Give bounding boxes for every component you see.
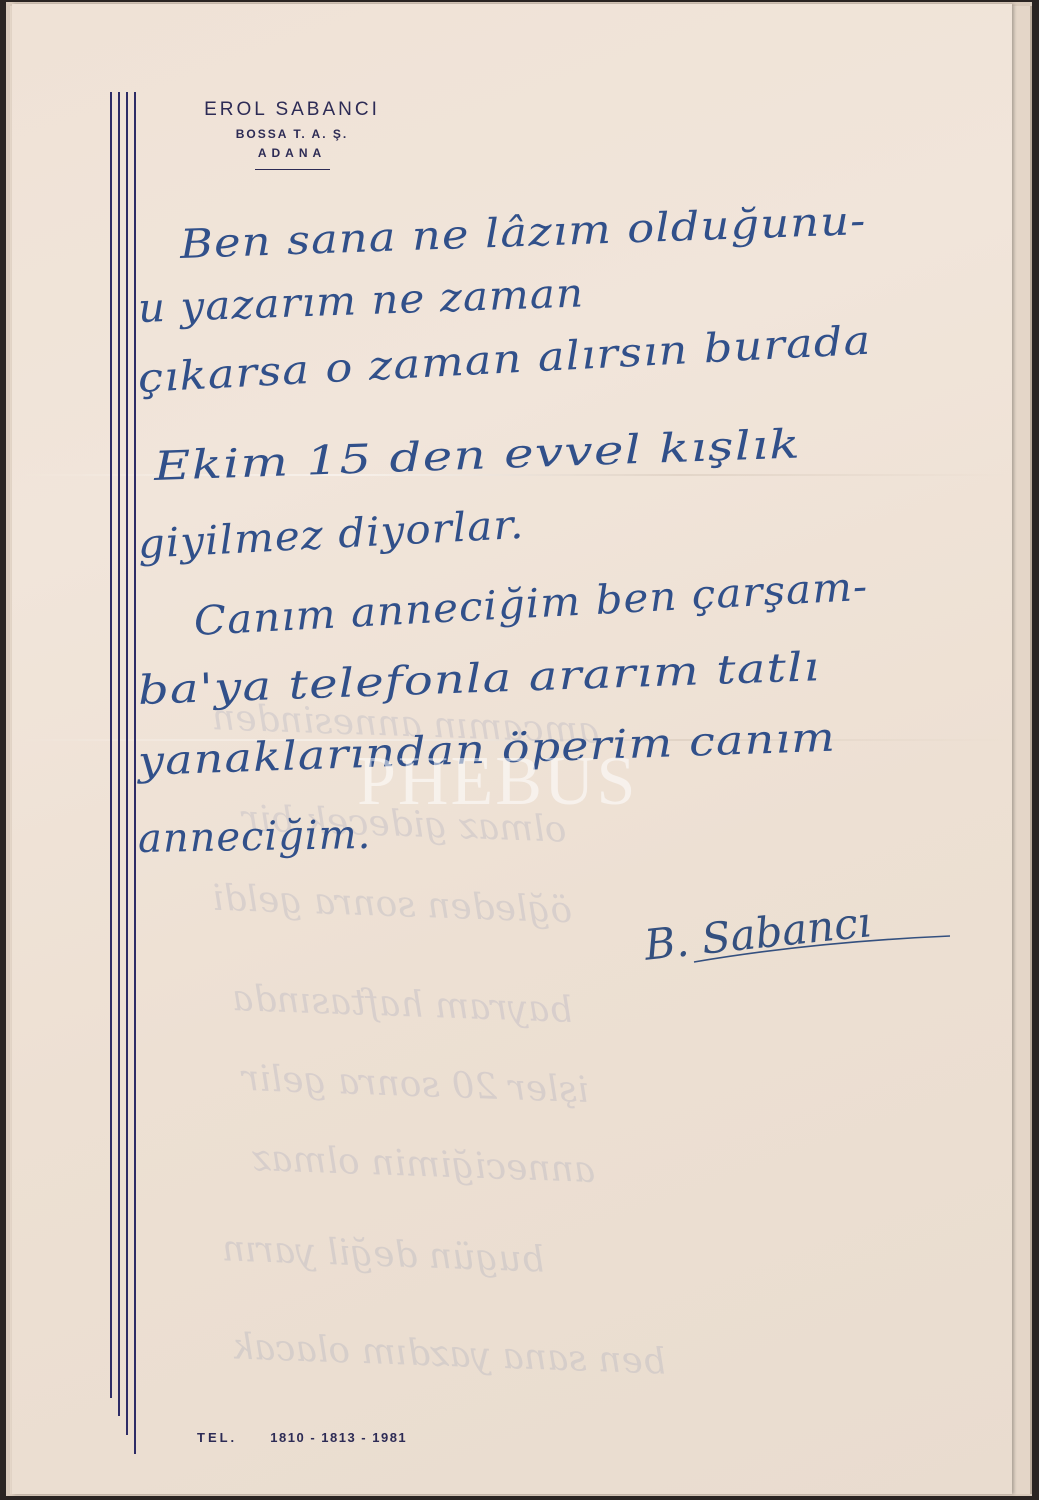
bleed-through-text: anneciğimin olmaz (251, 1138, 596, 1191)
bleed-through-text: ben sana yazdım olacak (231, 1326, 666, 1382)
handwritten-line: Ben sana ne lâzım olduğunu- (179, 198, 867, 268)
signature-swash-icon (692, 934, 952, 964)
letterhead-name: EROL SABANCI (162, 99, 422, 121)
bleed-through-text: bugün değil yarın (221, 1228, 545, 1280)
telephone-footer: TEL. 1810 - 1813 - 1981 (197, 1430, 407, 1445)
letterhead-underline (255, 169, 330, 170)
bleed-through-text: bayram haftasında (231, 978, 573, 1031)
letterhead-rule-line (110, 92, 112, 1398)
telephone-label: TEL. (197, 1430, 237, 1445)
letterhead-city: ADANA (162, 146, 422, 160)
handwritten-line: u yazarım ne zaman (137, 270, 585, 332)
letter-sheet: amcamın annesinden olmaz gidecek bir öğl… (12, 4, 1012, 1494)
letterhead: EROL SABANCI BOSSA T. A. Ş. ADANA (162, 99, 422, 170)
watermark: PHEBUS (357, 742, 637, 822)
handwritten-line: çıkarsa o zaman alırsın burada (137, 318, 873, 402)
handwritten-line: anneciğim. (138, 812, 372, 862)
bleed-through-text: işler 20 sonra gelir (241, 1058, 589, 1111)
handwritten-line: Ekim 15 den evvel kışlık (153, 421, 801, 490)
handwritten-line: Canım anneciğim ben çarşam- (193, 564, 870, 645)
letterhead-company: BOSSA T. A. Ş. (162, 127, 422, 141)
bleed-through-text: öğleden sonra geldi (211, 878, 573, 932)
handwritten-line: giyilmez diyorlar. (137, 502, 526, 568)
telephone-numbers: 1810 - 1813 - 1981 (270, 1430, 407, 1445)
letterhead-rule-line (126, 92, 128, 1435)
letterhead-rule-line (118, 92, 120, 1416)
letterhead-rule-line (134, 92, 136, 1454)
handwritten-line: ba'ya telefonla ararım tatlı (137, 644, 821, 714)
